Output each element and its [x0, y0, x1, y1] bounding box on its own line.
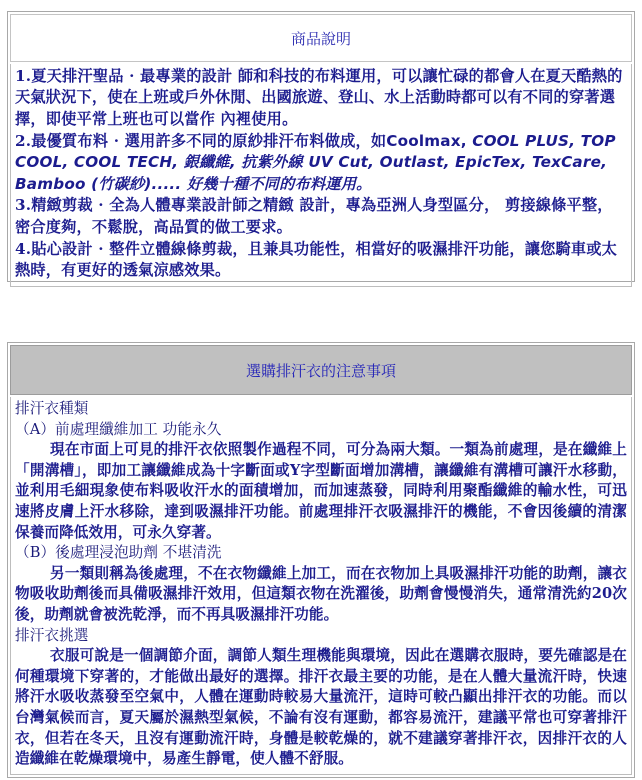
- buying-notes-panel: 選購排汗衣的注意事項 排汗衣種類 （A）前處理纖維加工 功能永久 現在市面上可見…: [7, 342, 635, 778]
- product-description-title: 商品說明: [10, 14, 632, 62]
- subsection-paragraph-a: 現在市面上可見的排汗衣依照製作過程不同，可分為兩大類。一類為前處理，是在纖維上「…: [15, 440, 627, 543]
- feature-text: 夏天排汗聖品 · 最專業的設計 師和科技的布料運用，可以讓忙碌的都會人在夏天酷熱…: [15, 67, 623, 128]
- feature-lead: 最優質布料 · 選用許多不同的原紗排汗布料做成，如: [31, 132, 386, 150]
- selection-paragraph: 衣服可說是一個調節介面，調節人類生理機能與環境，因此在選購衣服時，要先確認是在何…: [15, 646, 627, 770]
- feature-brand: Coolmax,: [386, 132, 472, 150]
- feature-item-3: 3.精緻剪裁 · 全為人體專業設計師之精緻 設計，專為亞洲人身型區分， 剪接線條…: [15, 195, 627, 238]
- product-description-body: 1.夏天排汗聖品 · 最專業的設計 師和科技的布料運用，可以讓忙碌的都會人在夏天…: [10, 64, 632, 287]
- feature-number: 2.: [15, 132, 31, 150]
- feature-number: 4.: [15, 240, 31, 258]
- feature-item-4: 4.貼心設計 · 整件立體線條剪裁，且兼具功能性，相當好的吸濕排汗功能，讓您騎車…: [15, 239, 627, 282]
- feature-text: 精緻剪裁 · 全為人體專業設計師之精緻 設計，專為亞洲人身型區分， 剪接線條平整…: [15, 196, 613, 235]
- product-description-panel: 商品說明 1.夏天排汗聖品 · 最專業的設計 師和科技的布料運用，可以讓忙碌的都…: [7, 11, 635, 282]
- feature-text: 貼心設計 · 整件立體線條剪裁，且兼具功能性，相當好的吸濕排汗功能，讓您騎車或太…: [15, 240, 617, 279]
- feature-item-2: 2.最優質布料 · 選用許多不同的原紗排汗布料做成，如Coolmax, COOL…: [15, 131, 627, 195]
- subsection-paragraph-b: 另一類則稱為後處理，不在衣物纖維上加工，而在衣物加上具吸濕排汗功能的助劑，讓衣物…: [15, 564, 627, 626]
- section-heading-selection: 排汗衣挑選: [15, 626, 627, 647]
- buying-notes-title: 選購排汗衣的注意事項: [10, 345, 632, 395]
- subsection-heading-a: （A）前處理纖維加工 功能永久: [15, 420, 627, 441]
- feature-number: 3.: [15, 196, 31, 214]
- buying-notes-body: 排汗衣種類 （A）前處理纖維加工 功能永久 現在市面上可見的排汗衣依照製作過程不…: [10, 397, 632, 775]
- feature-number: 1.: [15, 67, 31, 85]
- subsection-heading-b: （B）後處理浸泡助劑 不堪清洗: [15, 543, 627, 564]
- feature-item-1: 1.夏天排汗聖品 · 最專業的設計 師和科技的布料運用，可以讓忙碌的都會人在夏天…: [15, 66, 627, 130]
- section-heading-types: 排汗衣種類: [15, 399, 627, 420]
